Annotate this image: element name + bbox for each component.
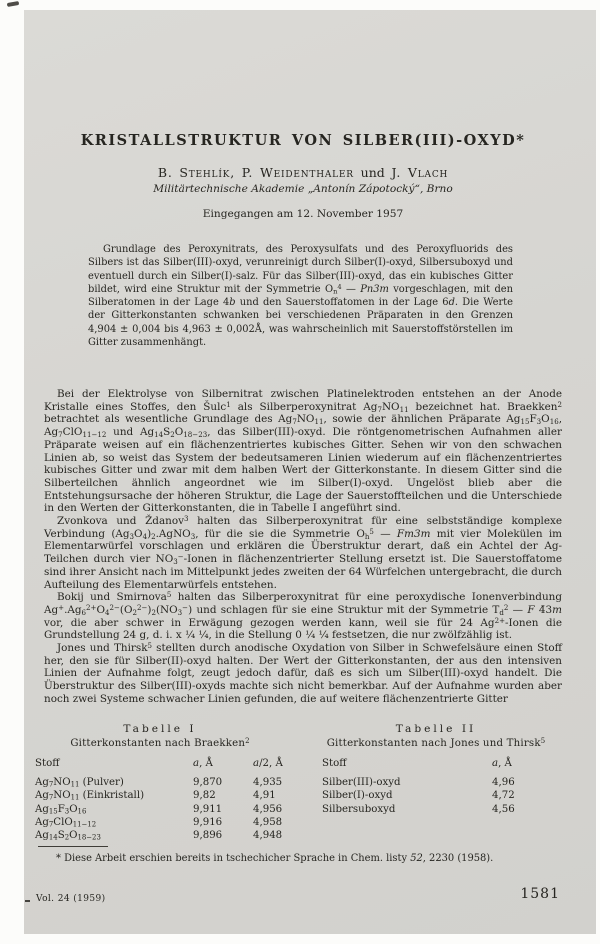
page-title: KRISTALLSTRUKTUR VON SILBER(III)-OXYD* bbox=[44, 133, 562, 149]
cell-stoff: Silber(I)-oxyd bbox=[322, 789, 492, 802]
table-row: Ag7ClO11−12 9,916 4,958 bbox=[35, 816, 285, 829]
table-row: Ag14S2O18−23 9,896 4,948 bbox=[35, 829, 285, 842]
cell-a-half: 4,935 bbox=[253, 776, 285, 789]
body-paragraph-4: Jones und Thirsk5 stellten durch anodisc… bbox=[44, 642, 562, 706]
body-paragraph-1: Bei der Elektrolyse von Silbernitrat zwi… bbox=[44, 388, 562, 515]
table-1: Tabelle I Gitterkonstanten nach Braekken… bbox=[35, 723, 285, 842]
table-row: Ag7NO11 (Pulver) 9,870 4,935 bbox=[35, 776, 285, 789]
abstract-text: Grundlage des Peroxynitrats, des Peroxys… bbox=[88, 243, 513, 349]
page-number: 1581 bbox=[520, 886, 560, 902]
cell-stoff: Silber(III)-oxyd bbox=[322, 776, 492, 789]
table-2-grid: Stoff a, Å Silber(III)-oxyd 4,96 Silber(… bbox=[322, 758, 550, 816]
cell-a-half: 4,948 bbox=[253, 829, 285, 842]
body-paragraph-3: Bokij und Smirnova5 halten das Silberper… bbox=[44, 591, 562, 642]
table-2-header-row: Stoff a, Å bbox=[322, 758, 550, 776]
table-1-col-stoff: Stoff bbox=[35, 758, 193, 776]
cell-stoff: Ag7NO11 (Einkristall) bbox=[35, 789, 193, 802]
table-row: Silber(III)-oxyd 4,96 bbox=[322, 776, 550, 789]
table-1-caption: Tabelle I bbox=[35, 723, 285, 735]
cell-a: 9,896 bbox=[193, 829, 253, 842]
table-1-col-a-half: a/2, Å bbox=[253, 758, 285, 776]
cell-a: 4,72 bbox=[492, 789, 550, 802]
cell-a: 4,56 bbox=[492, 803, 550, 816]
table-1-col-a: a, Å bbox=[193, 758, 253, 776]
cell-a: 9,916 bbox=[193, 816, 253, 829]
abstract-block: Grundlage des Peroxynitrats, des Peroxys… bbox=[88, 243, 513, 349]
table-2: Tabelle II Gitterkonstanten nach Jones u… bbox=[322, 723, 550, 842]
table-row: Ag7NO11 (Einkristall) 9,82 4,91 bbox=[35, 789, 285, 802]
table-2-col-stoff: Stoff bbox=[322, 758, 492, 776]
tables-section: Tabelle I Gitterkonstanten nach Braekken… bbox=[35, 723, 565, 842]
table-row: Silber(I)-oxyd 4,72 bbox=[322, 789, 550, 802]
table-2-subtitle: Gitterkonstanten nach Jones und Thirsk5 bbox=[322, 738, 550, 749]
affiliation-line: Militärtechnische Akademie „Antonín Zápo… bbox=[44, 183, 562, 196]
table-1-grid: Stoff a, Å a/2, Å Ag7NO11 (Pulver) 9,870… bbox=[35, 758, 285, 842]
cell-a-half: 4,91 bbox=[253, 789, 285, 802]
cell-a-half: 4,956 bbox=[253, 803, 285, 816]
cell-a-half: 4,958 bbox=[253, 816, 285, 829]
cell-a: 9,911 bbox=[193, 803, 253, 816]
scan-artifact bbox=[7, 1, 20, 7]
cell-a: 4,96 bbox=[492, 776, 550, 789]
table-2-col-a: a, Å bbox=[492, 758, 550, 776]
footnote-separator bbox=[38, 846, 108, 847]
table-row: Silbersuboxyd 4,56 bbox=[322, 803, 550, 816]
table-1-subtitle: Gitterkonstanten nach Braekken2 bbox=[35, 738, 285, 749]
body-paragraph-2: Zvonkova und Ždanov3 halten das Silberpe… bbox=[44, 515, 562, 591]
received-date: Eingegangen am 12. November 1957 bbox=[44, 208, 562, 220]
article-header: KRISTALLSTRUKTUR VON SILBER(III)-OXYD* B… bbox=[44, 133, 562, 220]
table-1-header-row: Stoff a, Å a/2, Å bbox=[35, 758, 285, 776]
cell-a: 9,82 bbox=[193, 789, 253, 802]
cell-stoff: Ag15F3O16 bbox=[35, 803, 193, 816]
print-mark bbox=[25, 900, 30, 902]
article-body: Bei der Elektrolyse von Silbernitrat zwi… bbox=[44, 388, 562, 706]
cell-stoff: Ag14S2O18−23 bbox=[35, 829, 193, 842]
cell-stoff: Silbersuboxyd bbox=[322, 803, 492, 816]
cell-stoff: Ag7ClO11−12 bbox=[35, 816, 193, 829]
authors-line: B. Stehlík, P. Weidenthaler und J. Vlach bbox=[44, 166, 562, 180]
table-2-caption: Tabelle II bbox=[322, 723, 550, 735]
table-row: Ag15F3O16 9,911 4,956 bbox=[35, 803, 285, 816]
page-scan: KRISTALLSTRUKTUR VON SILBER(III)-OXYD* B… bbox=[24, 10, 596, 934]
footnote: * Diese Arbeit erschien bereits in tsche… bbox=[38, 853, 562, 864]
volume-label: Vol. 24 (1959) bbox=[36, 894, 106, 904]
cell-stoff: Ag7NO11 (Pulver) bbox=[35, 776, 193, 789]
cell-a: 9,870 bbox=[193, 776, 253, 789]
